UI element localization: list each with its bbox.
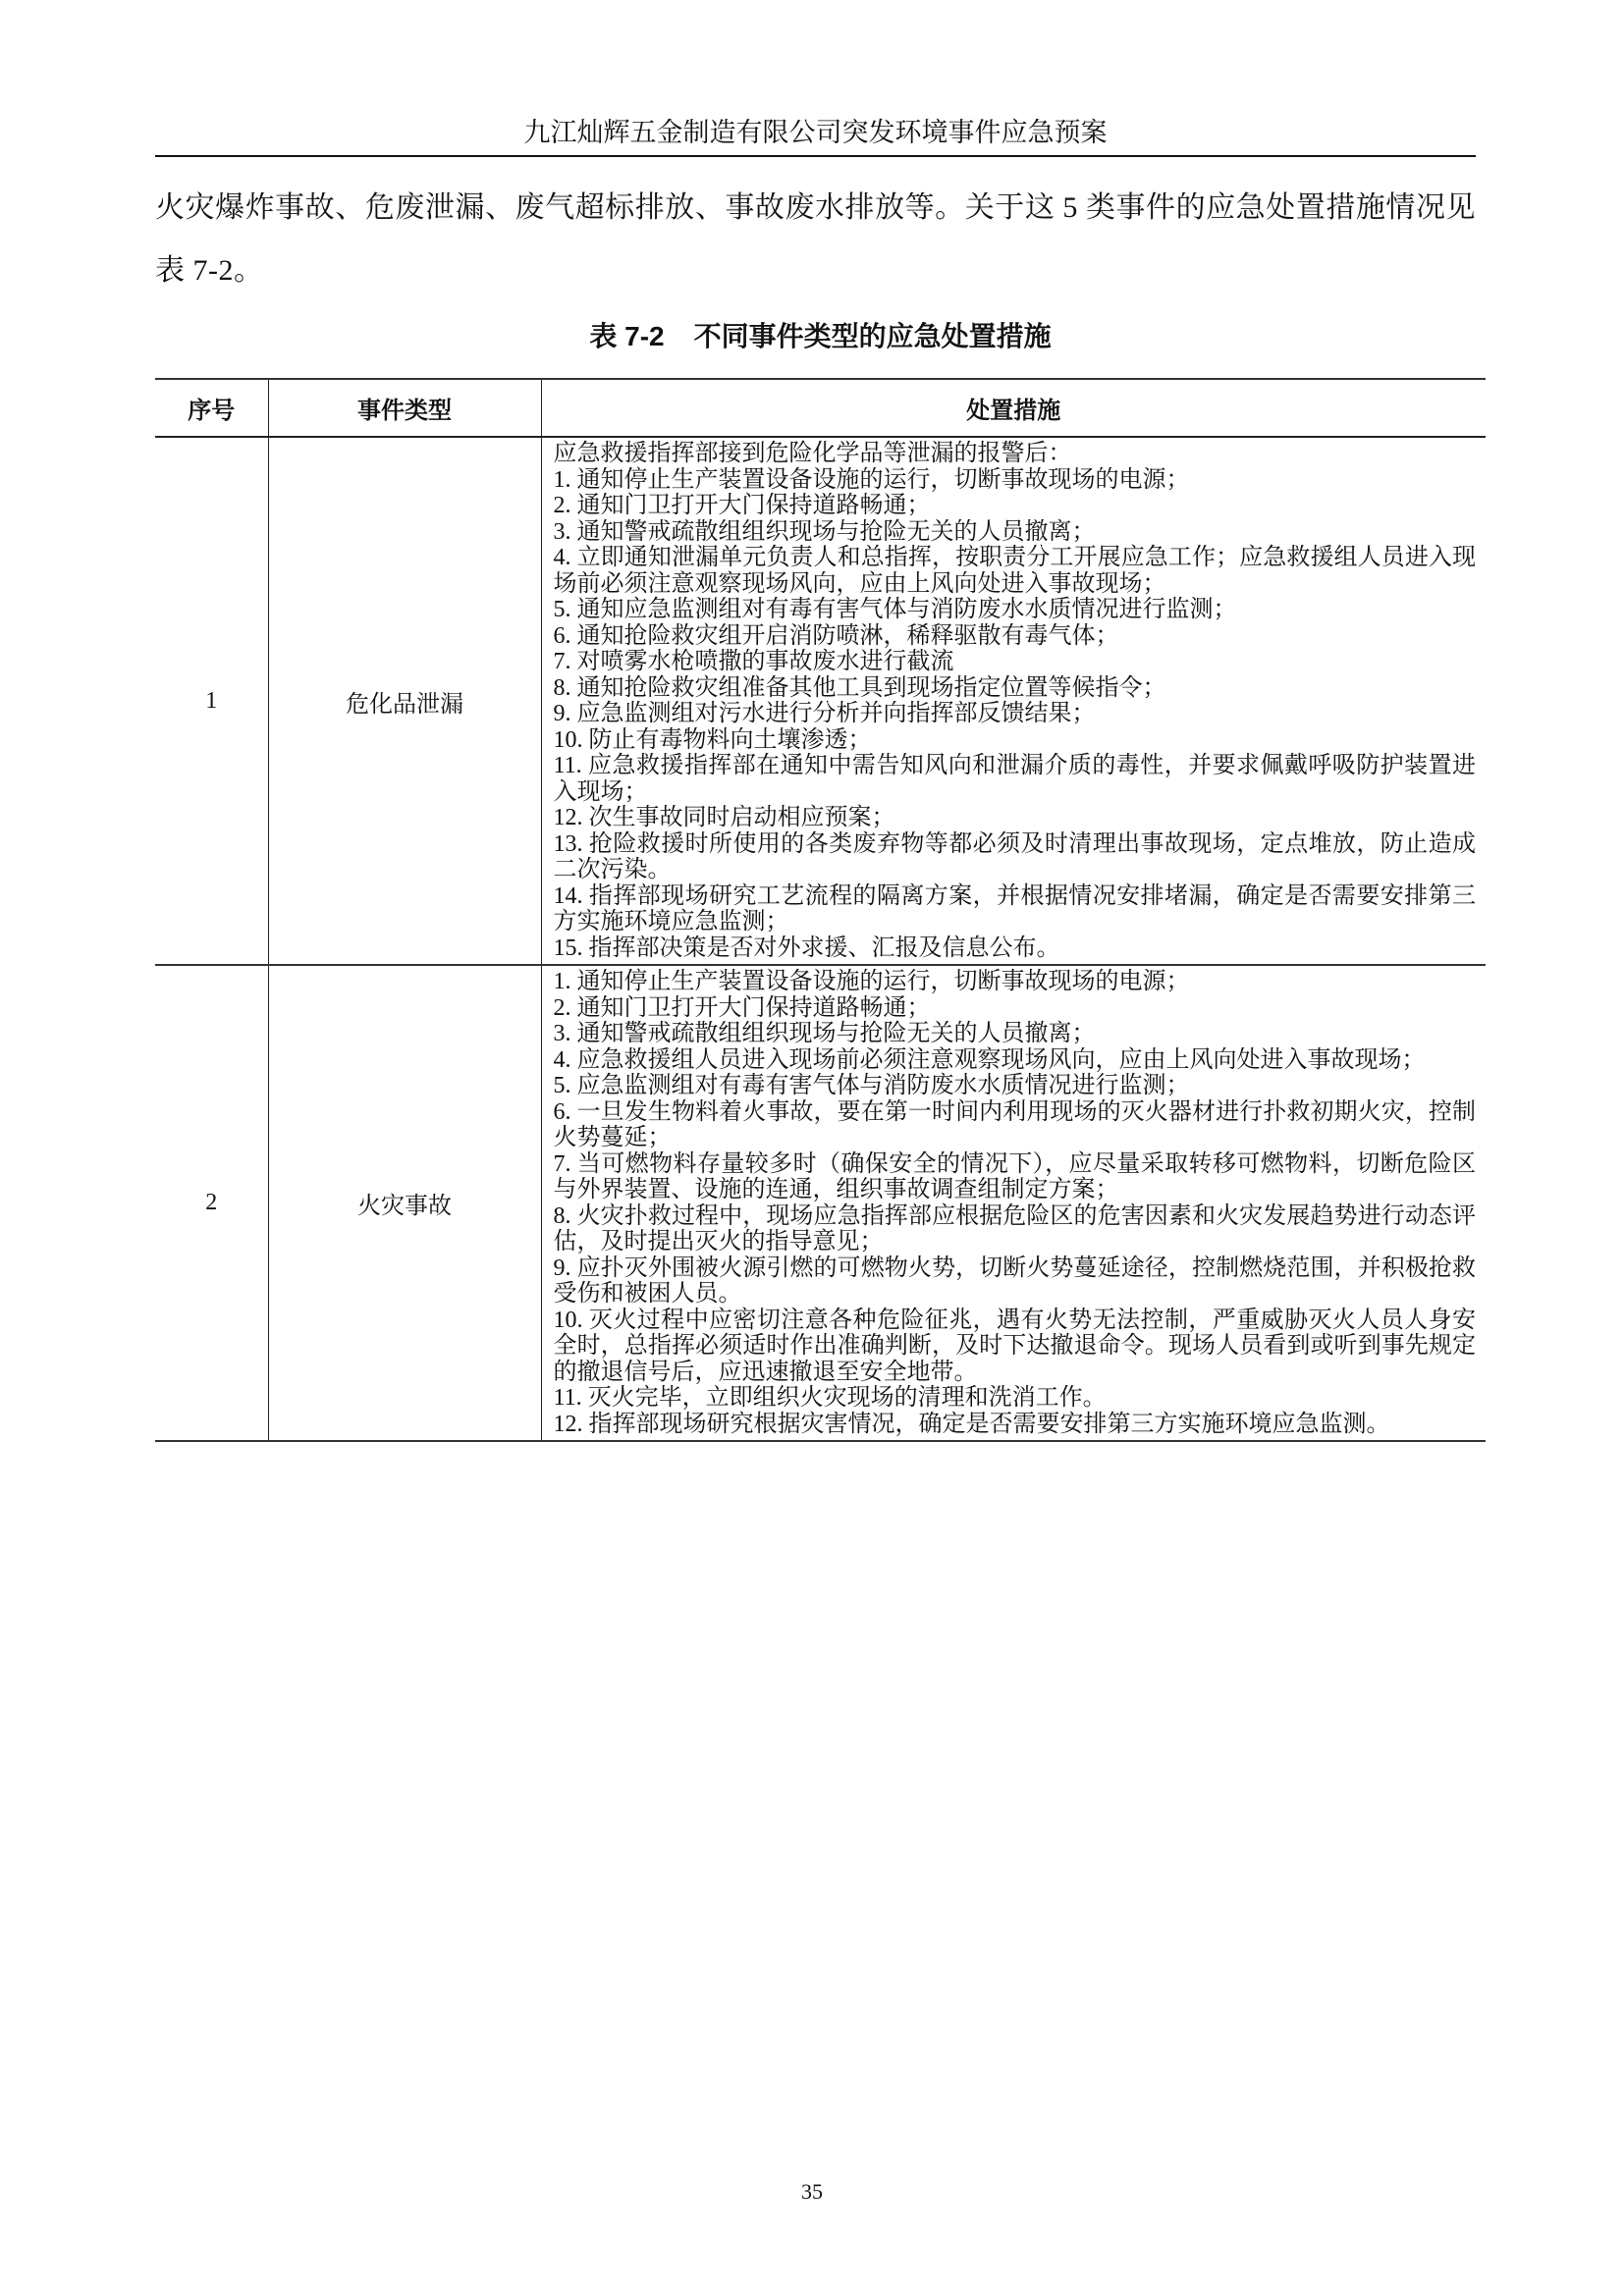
table-header-row: 序号 事件类型 处置措施 [155,379,1486,437]
measure-item: 6. 一旦发生物料着火事故，要在第一时间内利用现场的灭火器材进行扑救初期火灾，控… [554,1099,1477,1151]
measure-item: 7. 当可燃物料存量较多时（确保安全的情况下），应尽量采取转移可燃物料，切断危险… [554,1151,1477,1203]
row-measures: 1. 通知停止生产装置设备设施的运行，切断事故现场的电源； 2. 通知门卫打开大… [541,965,1486,1441]
column-header-event-type: 事件类型 [268,379,541,437]
table-caption-number: 表 7-2 [589,321,664,351]
measure-item: 4. 立即通知泄漏单元负责人和总指挥，按职责分工开展应急工作；应急救援组人员进入… [554,545,1477,597]
measure-item: 7. 对喷雾水枪喷撒的事故废水进行截流 [554,649,1477,675]
measure-item: 12. 指挥部现场研究根据灾害情况，确定是否需要安排第三方实施环境应急监测。 [554,1412,1477,1438]
column-header-index: 序号 [155,379,268,437]
row-index: 1 [155,437,268,965]
measure-item: 1. 通知停止生产装置设备设施的运行，切断事故现场的电源； [554,969,1477,995]
measure-item: 5. 通知应急监测组对有毒有害气体与消防废水水质情况进行监测； [554,597,1477,623]
row-measures: 应急救援指挥部接到危险化学品等泄漏的报警后： 1. 通知停止生产装置设备设施的运… [541,437,1486,965]
page-number: 35 [0,2179,1624,2205]
row-event-type: 危化品泄漏 [268,437,541,965]
body-paragraph: 火灾爆炸事故、危废泄漏、废气超标排放、事故废水排放等。关于这 5 类事件的应急处… [155,177,1476,302]
measure-item: 8. 火灾扑救过程中，现场应急指挥部应根据危险区的危害因素和火灾发展趋势进行动态… [554,1203,1477,1255]
measure-item: 2. 通知门卫打开大门保持道路畅通； [554,995,1477,1022]
measure-item: 14. 指挥部现场研究工艺流程的隔离方案，并根据情况安排堵漏，确定是否需要安排第… [554,883,1477,935]
header-divider [155,155,1476,157]
measure-item: 10. 防止有毒物料向土壤渗透； [554,727,1477,754]
measure-item: 2. 通知门卫打开大门保持道路畅通； [554,493,1477,519]
table-caption-title: 不同事件类型的应急处置措施 [694,321,1052,351]
measure-item: 4. 应急救援组人员进入现场前必须注意观察现场风向，应由上风向处进入事故现场； [554,1047,1477,1074]
document-header-title: 九江灿辉五金制造有限公司突发环境事件应急预案 [155,116,1476,149]
table-row: 2 火灾事故 1. 通知停止生产装置设备设施的运行，切断事故现场的电源； 2. … [155,965,1486,1441]
row-index: 2 [155,965,268,1441]
measure-item: 15. 指挥部决策是否对外求援、汇报及信息公布。 [554,935,1477,962]
measure-item: 6. 通知抢险救灾组开启消防喷淋，稀释驱散有毒气体； [554,623,1477,650]
measure-item: 13. 抢险救援时所使用的各类废弃物等都必须及时清理出事故现场，定点堆放，防止造… [554,831,1477,883]
measure-item: 5. 应急监测组对有毒有害气体与消防废水水质情况进行监测； [554,1073,1477,1099]
measure-item: 1. 通知停止生产装置设备设施的运行，切断事故现场的电源； [554,467,1477,494]
measure-item: 3. 通知警戒疏散组组织现场与抢险无关的人员撤离； [554,1021,1477,1047]
measure-item: 11. 灭火完毕，立即组织火灾现场的清理和洗消工作。 [554,1385,1477,1412]
row-event-type: 火灾事故 [268,965,541,1441]
measure-item: 11. 应急救援指挥部在通知中需告知风向和泄漏介质的毒性，并要求佩戴呼吸防护装置… [554,753,1477,805]
measure-item: 应急救援指挥部接到危险化学品等泄漏的报警后： [554,441,1477,467]
measure-item: 10. 灭火过程中应密切注意各种危险征兆，遇有火势无法控制，严重威胁灭火人员人身… [554,1308,1477,1386]
table-row: 1 危化品泄漏 应急救援指挥部接到危险化学品等泄漏的报警后： 1. 通知停止生产… [155,437,1486,965]
table-caption: 表 7-2不同事件类型的应急处置措施 [155,317,1486,356]
emergency-measures-table: 序号 事件类型 处置措施 1 危化品泄漏 应急救援指挥部接到危险化学品等泄漏的报… [155,378,1486,1442]
measure-item: 9. 应扑灭外围被火源引燃的可燃物火势，切断火势蔓延途径，控制燃烧范围，并积极抢… [554,1255,1477,1308]
column-header-measures: 处置措施 [541,379,1486,437]
measure-item: 8. 通知抢险救灾组准备其他工具到现场指定位置等候指令； [554,675,1477,702]
measure-item: 12. 次生事故同时启动相应预案； [554,805,1477,831]
measure-item: 9. 应急监测组对污水进行分析并向指挥部反馈结果； [554,701,1477,727]
measure-item: 3. 通知警戒疏散组组织现场与抢险无关的人员撤离； [554,519,1477,546]
